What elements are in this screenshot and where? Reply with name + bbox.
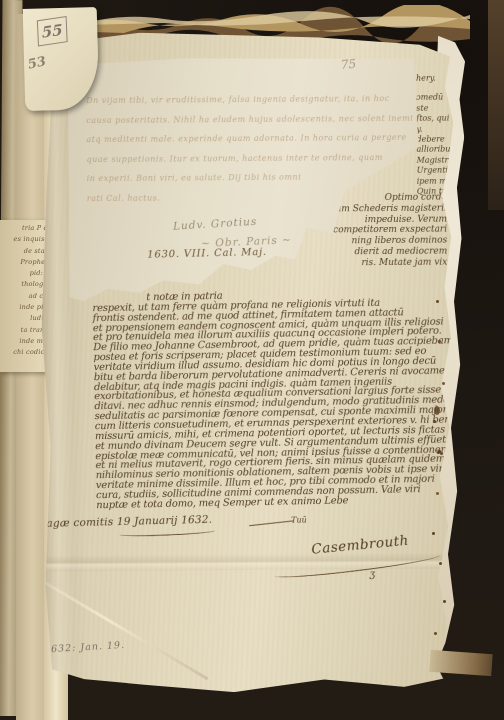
letter-body: t notæ in patriarespexit, ut tam ferre q…: [92, 287, 448, 510]
edge-fragment: Magistrij: [417, 155, 477, 166]
faded-line: causa posteritatis. Nihil ha eludem huju…: [86, 108, 412, 130]
edge-fragment: ris. Mutate jam vix: [259, 257, 447, 269]
dateline-flourish: [119, 528, 215, 538]
main-page: hery.ɔmedūsteſtos, quiy.debereallioribus…: [20, 24, 467, 699]
edge-fragment: ſtos, qui: [416, 114, 476, 125]
book-board-corner: [429, 650, 492, 676]
slip-faded-text: Dn vijam tibi, vir eruditissime, falsa i…: [86, 89, 413, 208]
edge-speckles: [436, 300, 439, 303]
book-board-edge: [488, 0, 504, 210]
margin-fragment: es inquisiti: [0, 234, 52, 245]
slip-pencil-note-line1: Ludv. Grotius: [173, 216, 258, 233]
faded-line: atq meditenti male. experinde quam adorn…: [86, 128, 412, 150]
edge-blotch: [434, 406, 440, 415]
edge-fragment: y.: [416, 124, 476, 135]
edge-fragment: allioribus: [416, 145, 476, 156]
slip-ink-date: 1630. VIII. Cal. Maj.: [147, 247, 267, 261]
margin-fragment: de statu: [0, 246, 52, 257]
faded-line: quae suppetionis. Itur ex tuorum, hacten…: [87, 147, 413, 169]
folio-number-55: 55: [37, 16, 68, 47]
faded-line: Dn vijam tibi, vir eruditissime, falsa i…: [86, 89, 412, 111]
faded-line: in experii. Boni viri, ea salute. Dij ti…: [87, 167, 413, 189]
edge-fragment: ɔmedū: [416, 93, 476, 104]
closing: Tuū: [291, 516, 307, 525]
edge-fragment: debere: [416, 134, 476, 145]
margin-fragment: tria P de: [0, 223, 52, 234]
manuscript-photo: tria P dees inquisitide statuProphetepid…: [0, 0, 504, 720]
pasted-slip: Dn vijam tibi, vir eruditissime, falsa i…: [66, 55, 424, 307]
page-number-pencil: 75: [340, 57, 356, 72]
signature-hook: ʒ: [369, 569, 375, 580]
closing-flourish: [249, 520, 293, 526]
edge-fragment: ste: [416, 103, 476, 114]
